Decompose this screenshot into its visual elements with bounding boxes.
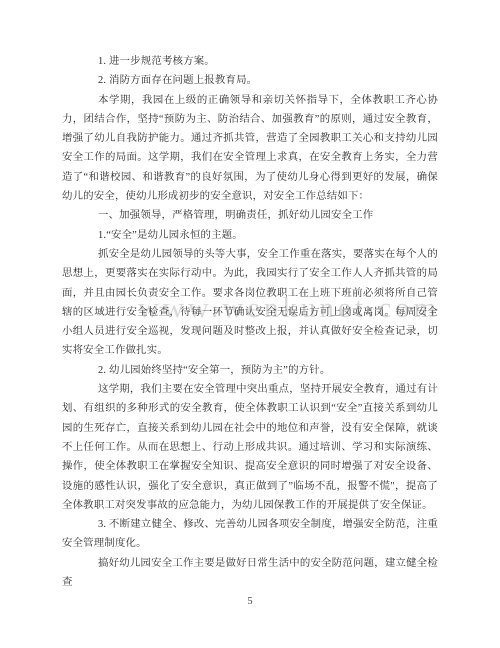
paragraph: 2. 消防方面存在问题上报教育局。 xyxy=(62,71,438,90)
page-number: 5 xyxy=(62,596,438,607)
paragraph: 1.“安全”是幼儿园永恒的主题。 xyxy=(62,226,438,245)
paragraph: 本学期，我园在上级的正确领导和亲切关怀指导下，全体教职工齐心协力，团结合作，坚持… xyxy=(62,91,438,207)
paragraph: 一、加强领导，严格管理，明确责任，抓好幼儿园安全工作 xyxy=(62,206,438,225)
paragraph: 这学期，我们主要在安全管理中突出重点，坚持开展安全教育，通过有计划、有组织的多种… xyxy=(62,380,438,515)
document-body: 1. 进一步规范考核方案。2. 消防方面存在问题上报教育局。本学期，我园在上级的… xyxy=(62,52,438,592)
paragraph: 搞好幼儿园安全工作主要是做好日常生活中的安全防范问题，建立健全检查 xyxy=(62,554,438,593)
document-page: www.wenkunet.com 1. 进一步规范考核方案。2. 消防方面存在问… xyxy=(0,0,500,648)
paragraph: 2. 幼儿园始终坚持“安全第一，预防为主”的方针。 xyxy=(62,361,438,380)
paragraph: 抓安全是幼儿园领导的头等大事，安全工作重在落实，要落实在每个人的思想上，更要落实… xyxy=(62,245,438,361)
paragraph: 1. 进一步规范考核方案。 xyxy=(62,52,438,71)
paragraph: 3. 不断建立健全、修改、完善幼儿园各项安全制度，增强安全防范，注重安全管理制度… xyxy=(62,515,438,554)
